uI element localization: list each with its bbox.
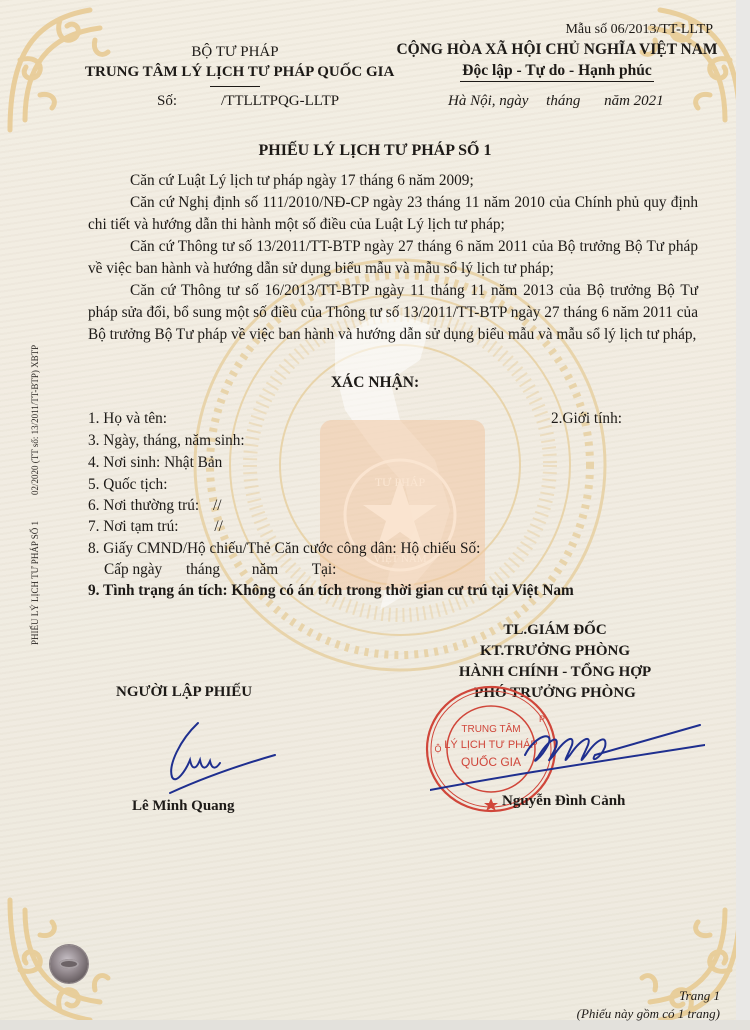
place-date: Hà Nội, ngày tháng năm 2021 bbox=[448, 93, 664, 110]
form-number: Mẫu số 06/2013/TT-LLTP bbox=[565, 22, 713, 38]
document-page: TƯ PHÁP VIỆT NAM Mẫu số 06/2013/TT-LLTP … bbox=[0, 0, 750, 1030]
approver-name: Nguyễn Đình Cảnh bbox=[502, 793, 625, 810]
hologram-seal-icon bbox=[50, 945, 88, 983]
field-label: 2.Giới tính: bbox=[551, 410, 622, 427]
field-label: 4. Nơi sinh: bbox=[88, 454, 160, 471]
field-value: // bbox=[214, 518, 223, 535]
field-label: 5. Quốc tịch: bbox=[88, 476, 167, 493]
place-label: Hà Nội, ngày bbox=[448, 93, 528, 109]
legal-basis: Căn cứ Luật Lý lịch tư pháp ngày 17 thán… bbox=[88, 170, 698, 192]
preparer-title: NGƯỜI LẬP PHIẾU bbox=[116, 684, 252, 701]
approver-title-line: PHÓ TRƯỞNG PHÒNG bbox=[410, 683, 700, 704]
approver-title-line: HÀNH CHÍNH - TỔNG HỢP bbox=[410, 662, 700, 683]
svg-text:TƯ PHÁP: TƯ PHÁP bbox=[375, 475, 426, 489]
year-label: năm 2021 bbox=[604, 93, 664, 109]
field-label: 9. Tình trạng án tích: bbox=[88, 582, 228, 599]
field-temporary-residence: 7. Nơi tạm trú: // bbox=[88, 518, 223, 536]
issued-month-label: tháng bbox=[186, 561, 220, 578]
reference-label: Số: bbox=[157, 93, 177, 109]
field-value: Không có án tích trong thời gian cư trú … bbox=[231, 582, 573, 599]
field-label: 6. Nơi thường trú: bbox=[88, 497, 199, 514]
field-value: // bbox=[213, 497, 222, 514]
national-header: CỘNG HÒA XÃ HỘI CHỦ NGHĨA VIỆT NAM Độc l… bbox=[392, 40, 722, 82]
svg-text:LÝ LỊCH TƯ PHÁP: LÝ LỊCH TƯ PHÁP bbox=[444, 738, 538, 751]
field-permanent-residence: 6. Nơi thường trú: // bbox=[88, 497, 221, 515]
preparer-name: Lê Minh Quang bbox=[132, 798, 235, 815]
margin-print-left: PHIẾU LÝ LỊCH TƯ PHÁP SỐ 1 bbox=[30, 521, 40, 645]
svg-text:QUỐC GIA: QUỐC GIA bbox=[461, 754, 521, 769]
field-issued: Cấp ngày tháng năm Tại: bbox=[104, 561, 336, 579]
legal-basis: Căn cứ Nghị định số 111/2010/NĐ-CP ngày … bbox=[88, 192, 698, 236]
header-divider bbox=[210, 86, 260, 87]
center-name: TRUNG TÂM LÝ LỊCH TƯ PHÁP QUỐC GIA bbox=[85, 62, 385, 82]
field-id-document: 8. Giấy CMND/Hộ chiếu/Thẻ Căn cước công … bbox=[88, 540, 480, 558]
margin-print: PHIẾU LÝ LỊCH TƯ PHÁP SỐ 102/2020 (TT số… bbox=[30, 345, 40, 645]
country-name: CỘNG HÒA XÃ HỘI CHỦ NGHĨA VIỆT NAM bbox=[392, 40, 722, 60]
approver-signature-icon bbox=[430, 715, 705, 795]
field-gender: 2.Giới tính: bbox=[551, 410, 622, 428]
preparer-signature-icon bbox=[150, 715, 280, 795]
page-footer: Trang 1 (Phiếu này gồm có 1 trang) bbox=[577, 987, 720, 1023]
field-criminal-record: 9. Tình trạng án tích: Không có án tích … bbox=[88, 582, 574, 600]
field-nationality: 5. Quốc tịch: bbox=[88, 476, 167, 494]
field-label: 7. Nơi tạm trú: bbox=[88, 518, 179, 535]
approver-title-line: KT.TRƯỞNG PHÒNG bbox=[410, 641, 700, 662]
field-value: Nhật Bản bbox=[164, 454, 222, 471]
field-value: Hộ chiếu Số: bbox=[400, 540, 480, 557]
svg-text:Ộ: Ộ bbox=[434, 744, 441, 754]
page-count-note: (Phiếu này gồm có 1 trang) bbox=[577, 1005, 720, 1023]
field-label: 8. Giấy CMND/Hộ chiếu/Thẻ Căn cước công … bbox=[88, 540, 397, 557]
reference-number: Số:/TTLLTPQG-LLTP bbox=[157, 93, 339, 110]
field-date-of-birth: 3. Ngày, tháng, năm sinh: bbox=[88, 432, 245, 450]
legal-basis: Căn cứ Thông tư số 13/2011/TT-BTP ngày 2… bbox=[88, 236, 698, 280]
field-place-of-birth: 4. Nơi sinh: Nhật Bản bbox=[88, 454, 222, 472]
national-motto: Độc lập - Tự do - Hạnh phúc bbox=[460, 60, 653, 82]
legal-bases: Căn cứ Luật Lý lịch tư pháp ngày 17 thán… bbox=[88, 170, 698, 346]
page-number: Trang 1 bbox=[577, 987, 720, 1005]
svg-text:TRUNG TÂM: TRUNG TÂM bbox=[461, 722, 520, 735]
month-label: tháng bbox=[546, 93, 580, 109]
field-full-name: 1. Họ và tên: bbox=[88, 410, 167, 428]
ministry-name: BỘ TƯ PHÁP bbox=[85, 42, 385, 62]
agency-header: BỘ TƯ PHÁP TRUNG TÂM LÝ LỊCH TƯ PHÁP QUỐ… bbox=[85, 42, 385, 87]
legal-basis: Căn cứ Thông tư số 16/2013/TT-BTP ngày 1… bbox=[88, 280, 698, 346]
field-label: 3. Ngày, tháng, năm sinh: bbox=[88, 432, 245, 449]
confirmation-title: XÁC NHẬN: bbox=[0, 374, 750, 392]
document-title: PHIẾU LÝ LỊCH TƯ PHÁP SỐ 1 bbox=[0, 142, 750, 160]
issued-year-label: năm bbox=[252, 561, 278, 578]
svg-text:P: P bbox=[539, 714, 545, 724]
margin-print-right: 02/2020 (TT số: 13/2011/TT-BTP) XBTP bbox=[30, 345, 40, 495]
reference-value: /TTLLTPQG-LLTP bbox=[221, 93, 339, 109]
field-label: 1. Họ và tên: bbox=[88, 410, 167, 427]
approver-title-line: TL.GIÁM ĐỐC bbox=[410, 620, 700, 641]
issued-place-label: Tại: bbox=[312, 561, 337, 578]
approver-titles: TL.GIÁM ĐỐC KT.TRƯỞNG PHÒNG HÀNH CHÍNH -… bbox=[410, 620, 700, 704]
issued-day-label: Cấp ngày bbox=[104, 561, 162, 578]
